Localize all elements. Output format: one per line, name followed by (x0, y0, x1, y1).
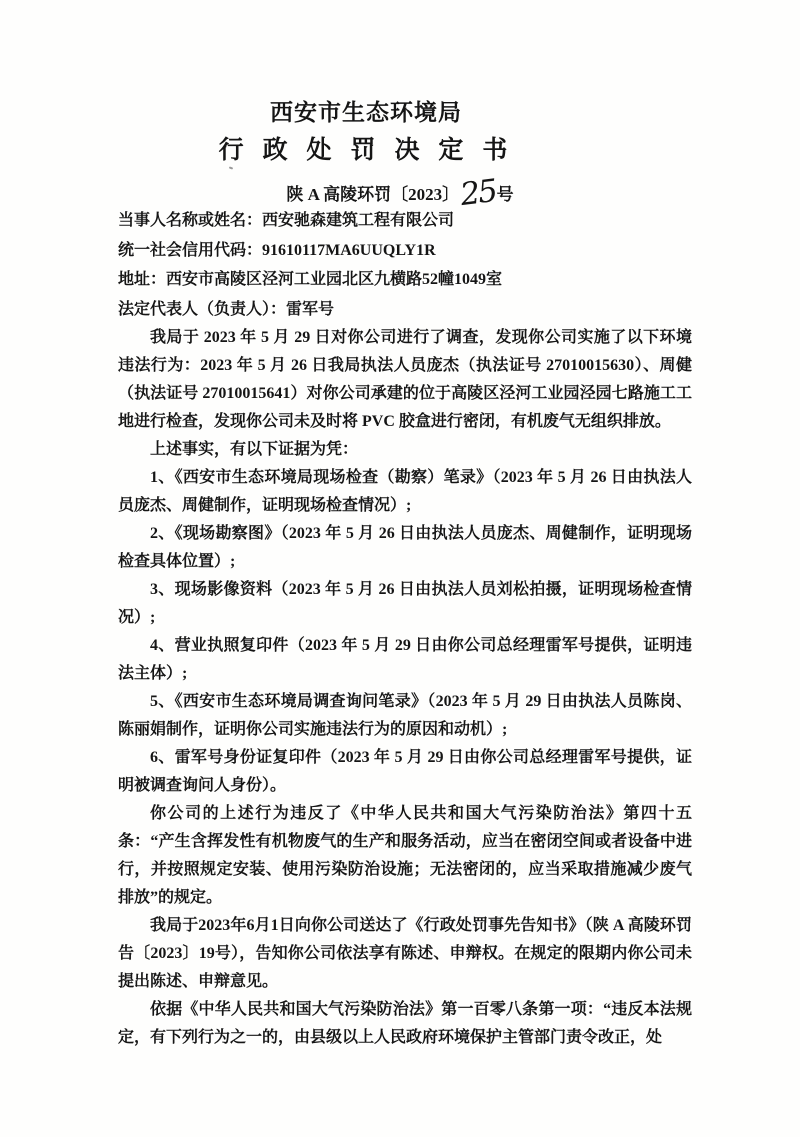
doc-number-prefix: 陕 A 高陵环罚〔2023〕 (286, 185, 459, 204)
doc-number-suffix: 号 (497, 185, 514, 204)
legal-representative-value: 雷军号 (286, 301, 334, 318)
para-investigation-findings: 我局于 2023 年 5 月 29 日对你公司进行了调查，发现你公司实施了以下环… (118, 324, 692, 436)
doc-type-title: 行 政 处 罚 决 定 书 (0, 134, 766, 166)
document-body: 当事人名称或姓名：西安驰森建筑工程有限公司 统一社会信用代码：91610117M… (118, 206, 692, 1052)
credit-code-line: 统一社会信用代码：91610117MA6UUQLY1R (118, 236, 692, 266)
credit-code-value: 91610117MA6UUQLY1R (262, 242, 436, 259)
agency-title: 西安市生态环境局 (0, 97, 766, 127)
evidence-item-2: 2、《现场勘察图》（2023 年 5 月 26 日由执法人员庞杰、周健制作，证明… (118, 520, 692, 576)
legal-representative-label: 法定代表人（负责人）： (118, 301, 286, 318)
evidence-item-6: 6、雷军号身份证复印件（2023 年 5 月 29 日由你公司总经理雷军号提供，… (118, 744, 692, 800)
address-line: 地址：西安市高陵区泾河工业园北区九横路52幢1049室 (118, 265, 692, 295)
evidence-item-3: 3、现场影像资料（2023 年 5 月 26 日由执法人员刘松拍摄，证明现场检查… (118, 576, 692, 632)
party-name-line: 当事人名称或姓名：西安驰森建筑工程有限公司 (118, 206, 692, 236)
evidence-item-4: 4、营业执照复印件（2023 年 5 月 29 日由你公司总经理雷军号提供，证明… (118, 632, 692, 688)
address-value: 西安市高陵区泾河工业园北区九横路52幢1049室 (166, 271, 502, 288)
scanned-document-page: 西安市生态环境局 行 政 处 罚 决 定 书 陕 A 高陵环罚〔2023〕25号… (0, 0, 800, 1137)
document-header: 西安市生态环境局 行 政 处 罚 决 定 书 陕 A 高陵环罚〔2023〕25号 (0, 0, 800, 212)
evidence-item-1: 1、《西安市生态环境局现场检查（勘察）笔录》（2023 年 5 月 26 日由执… (118, 464, 692, 520)
para-prior-notice: 我局于2023年6月1日向你公司送达了《行政处罚事先告知书》（陕 A 高陵环罚告… (118, 912, 692, 996)
legal-representative-line: 法定代表人（负责人）：雷军号 (118, 295, 692, 325)
evidence-item-5: 5、《西安市生态环境局调查询问笔录》（2023 年 5 月 29 日由执法人员陈… (118, 688, 692, 744)
para-violated-law: 你公司的上述行为违反了《中华人民共和国大气污染防治法》第四十五条：“产生含挥发性… (118, 800, 692, 912)
credit-code-label: 统一社会信用代码： (118, 242, 262, 259)
para-evidence-intro: 上述事实，有以下证据为凭： (118, 436, 692, 464)
address-label: 地址： (118, 271, 166, 288)
para-penalty-basis: 依据《中华人民共和国大气污染防治法》第一百零八条第一项：“违反本法规定，有下列行… (118, 996, 692, 1052)
party-name-value: 西安驰森建筑工程有限公司 (262, 212, 454, 229)
party-name-label: 当事人名称或姓名： (118, 212, 262, 229)
